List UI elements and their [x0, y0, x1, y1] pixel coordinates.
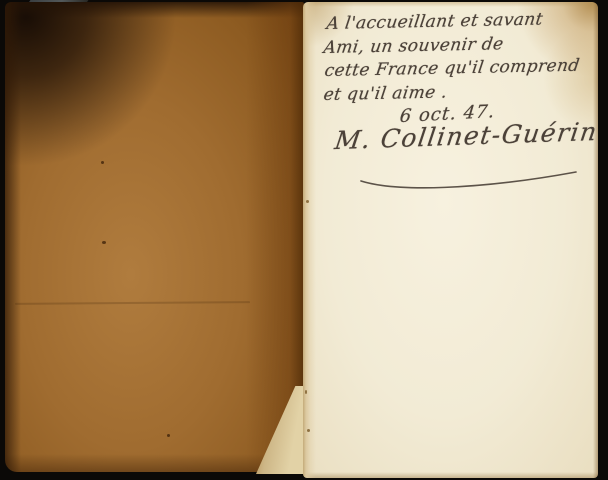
inscription-signature: M. Collinet-Guérin [333, 117, 600, 155]
book-scan: A l'accueillant et savant Ami, un souven… [0, 0, 608, 480]
inscription-line-1: A l'accueillant et savant [325, 9, 544, 34]
inscription-page: A l'accueillant et savant Ami, un souven… [303, 2, 598, 478]
signature-flourish [358, 168, 586, 194]
paper-speck [167, 434, 170, 437]
deckle-edge-fleck [307, 429, 310, 432]
deckle-edge-fleck [305, 390, 307, 394]
inscription-line-2: Ami, un souvenir de [322, 34, 505, 58]
paper-crease [15, 301, 250, 305]
paper-speck [101, 161, 104, 164]
inscription-line-3: cette France qu'il comprend [323, 56, 581, 81]
deckle-edge-fleck [306, 200, 309, 203]
left-flyleaf-page [5, 2, 304, 472]
paper-speck [102, 241, 106, 244]
inscription-line-4: et qu'il aime . [322, 82, 448, 105]
